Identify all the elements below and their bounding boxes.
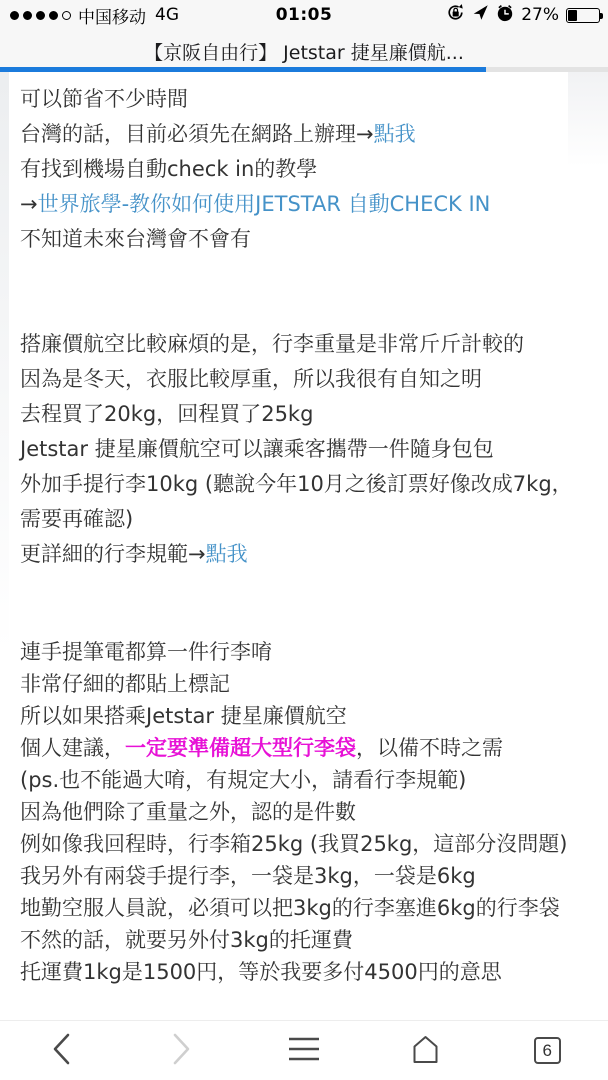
text-line: →世界旅學-教你如何使用JETSTAR 自動CHECK IN [20, 187, 598, 222]
text-line: 更詳細的行李規範→點我 [20, 537, 598, 572]
tabs-button[interactable]: 6 [517, 1025, 577, 1077]
web-content: 可以節省不少時間台灣的話，目前必須先在網路上辦理→點我有找到機場自動check … [0, 72, 608, 1020]
text-line: (ps.也不能過大唷，有規定大小，請看行李規範) [20, 764, 598, 796]
text-line: Jetstar 捷星廉價航空可以讓乘客攜帶一件隨身包包 [20, 432, 598, 467]
text-segment: 地勤空服人員說，必須可以把3kg的行李塞進6kg的行李袋 [20, 896, 560, 920]
status-bar: 中国移动 4G 01:05 27% [0, 0, 608, 30]
text-line: 有找到機場自動check in的教學 [20, 152, 598, 187]
text-line: 個人建議，一定要準備超大型行李袋，以備不時之需 [20, 732, 598, 764]
chevron-right-icon [171, 1032, 193, 1069]
back-button[interactable] [31, 1025, 91, 1077]
battery-fill [568, 10, 577, 21]
text-segment: 不然的話，就要另外付3kg的托運費 [20, 928, 353, 952]
text-line: 需要再確認) [20, 502, 598, 537]
text-line: 不知道未來台灣會不會有 [20, 222, 598, 257]
browser-toolbar: 6 [0, 1020, 608, 1080]
browser-title-bar: 【京阪自由行】 Jetstar 捷星廉價航... [0, 30, 608, 72]
text-segment: 外加手提行李10kg (聽說今年10月之後訂票好像改成7kg， [20, 472, 573, 496]
text-segment: 托運費1kg是1500円，等於我要多付4500円的意思 [20, 960, 502, 984]
text-line: 不然的話，就要另外付3kg的托運費 [20, 924, 598, 956]
text-segment: Jetstar 捷星廉價航空可以讓乘客攜帶一件隨身包包 [20, 437, 494, 461]
text-line: 因為他們除了重量之外，認的是件數 [20, 796, 598, 828]
text-line: 連手提筆電都算一件行李唷 [20, 636, 598, 668]
text-segment: 去程買了20kg，回程買了25kg [20, 402, 313, 426]
text-segment: 不知道未來台灣會不會有 [20, 227, 251, 251]
text-segment: ，以備不時之需 [356, 736, 503, 760]
battery-percent-label: 27% [521, 5, 559, 25]
text-line: 外加手提行李10kg (聽說今年10月之後訂票好像改成7kg， [20, 467, 598, 502]
inline-link[interactable]: 世界旅學-教你如何使用JETSTAR 自動CHECK IN [38, 192, 491, 216]
text-segment: 需要再確認) [20, 507, 133, 531]
paragraph: 可以節省不少時間台灣的話，目前必須先在網路上辦理→點我有找到機場自動check … [20, 82, 598, 257]
text-segment: 我另外有兩袋手提行李，一袋是3kg，一袋是6kg [20, 864, 476, 888]
text-line: 非常仔細的都貼上標記 [20, 668, 598, 700]
text-line: 例如像我回程時，行李箱25kg (我買25kg，這部分沒問題) [20, 828, 598, 860]
text-line: 去程買了20kg，回程買了25kg [20, 397, 598, 432]
inline-link[interactable]: 點我 [374, 122, 416, 146]
orientation-lock-icon [446, 3, 465, 27]
text-line: 所以如果搭乘Jetstar 捷星廉價航空 [20, 700, 598, 732]
text-segment: 例如像我回程時，行李箱25kg (我買25kg，這部分沒問題) [20, 832, 568, 856]
text-line: 可以節省不少時間 [20, 82, 598, 117]
chevron-left-icon [50, 1032, 72, 1069]
text-line: 搭廉價航空比較麻煩的是，行李重量是非常斤斤計較的 [20, 327, 598, 362]
battery-cap [600, 13, 603, 19]
text-segment: 更詳細的行李規範→ [20, 542, 206, 566]
paragraph: 連手提筆電都算一件行李唷非常仔細的都貼上標記所以如果搭乘Jetstar 捷星廉價… [20, 636, 598, 988]
tab-count-label: 6 [542, 1041, 551, 1061]
text-segment: 個人建議， [20, 736, 125, 760]
menu-button[interactable] [274, 1025, 334, 1077]
paragraph: 搭廉價航空比較麻煩的是，行李重量是非常斤斤計較的因為是冬天，衣服比較厚重，所以我… [20, 327, 598, 572]
battery-icon [566, 8, 600, 23]
inline-link[interactable]: 點我 [206, 542, 248, 566]
text-line: 因為是冬天，衣服比較厚重，所以我很有自知之明 [20, 362, 598, 397]
text-segment: 所以如果搭乘Jetstar 捷星廉價航空 [20, 704, 347, 728]
page-edge-shading-left [0, 72, 9, 652]
text-segment: 連手提筆電都算一件行李唷 [20, 640, 272, 664]
location-services-icon [472, 4, 489, 26]
text-segment: 因為是冬天，衣服比較厚重，所以我很有自知之明 [20, 367, 482, 391]
home-icon [410, 1034, 441, 1068]
text-line: 托運費1kg是1500円，等於我要多付4500円的意思 [20, 956, 598, 988]
text-line: 台灣的話，目前必須先在網路上辦理→點我 [20, 117, 598, 152]
text-segment: 搭廉價航空比較麻煩的是，行李重量是非常斤斤計較的 [20, 332, 524, 356]
text-segment: 非常仔細的都貼上標記 [20, 672, 230, 696]
text-segment: 可以節省不少時間 [20, 87, 188, 111]
tab-count-icon: 6 [534, 1037, 561, 1064]
forward-button[interactable] [152, 1025, 212, 1077]
alarm-clock-icon [496, 4, 514, 27]
home-button[interactable] [396, 1025, 456, 1077]
text-segment: 台灣的話，目前必須先在網路上辦理→ [20, 122, 374, 146]
text-line: 我另外有兩袋手提行李，一袋是3kg，一袋是6kg [20, 860, 598, 892]
text-segment: (ps.也不能過大唷，有規定大小，請看行李規範) [20, 768, 466, 792]
hamburger-menu-icon [287, 1034, 321, 1067]
text-segment: 有找到機場自動check in的教學 [20, 157, 317, 181]
page-title: 【京阪自由行】 Jetstar 捷星廉價航... [0, 38, 608, 65]
text-segment: → [20, 192, 38, 216]
status-right: 27% [446, 0, 600, 30]
text-segment: 因為他們除了重量之外，認的是件數 [20, 800, 356, 824]
text-line: 地勤空服人員說，必須可以把3kg的行李塞進6kg的行李袋 [20, 892, 598, 924]
highlight-text: 一定要準備超大型行李袋 [125, 736, 356, 760]
